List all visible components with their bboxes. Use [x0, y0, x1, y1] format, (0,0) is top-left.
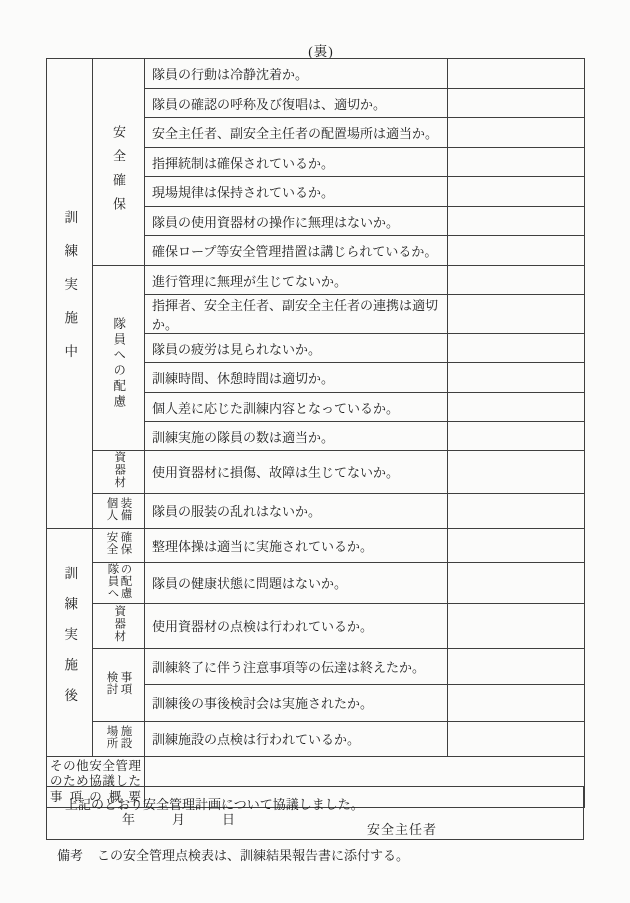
question-text: 訓練施設の点検は行われているか。: [145, 721, 448, 756]
table-row: 場所 施設 訓練施設の点検は行われているか。: [47, 721, 585, 756]
check-cell: [448, 451, 585, 494]
agreement-date-line: 年 月 日: [122, 809, 235, 828]
check-cell: [448, 207, 585, 236]
question-text: 使用資器材に損傷、故障は生じてないか。: [145, 451, 448, 494]
check-cell: [448, 562, 585, 603]
check-cell: [448, 363, 585, 393]
table-row: 個人 装備 隊員の服装の乱れはないか。: [47, 493, 585, 528]
table-row: 隊員への配慮 進行管理に無理が生じてないか。: [47, 266, 585, 295]
question-text: 隊員の行動は冷静沈着か。: [145, 59, 448, 89]
check-cell: [448, 236, 585, 266]
date-year-label: 年: [122, 809, 135, 828]
check-cell: [448, 422, 585, 451]
check-cell: [448, 493, 585, 528]
question-text: 現場規律は保持されているか。: [145, 177, 448, 207]
question-text: 訓練実施の隊員の数は適当か。: [145, 422, 448, 451]
agreement-box: 上記のとおり安全管理計画について協議しました。 年 月 日 安全主任者: [46, 786, 584, 840]
check-cell: [448, 393, 585, 422]
check-cell: [448, 177, 585, 207]
table-row: 資器材 使用資器材の点検は行われているか。: [47, 603, 585, 648]
other-matters-line: その他安全管理: [50, 759, 141, 775]
question-text: 整理体操は適当に実施されているか。: [145, 528, 448, 562]
question-text: 隊員の健康状態に問題はないか。: [145, 562, 448, 603]
signer-title-label: 安全主任者: [367, 819, 437, 838]
table-row: 隊員へ の配慮 隊員の健康状態に問題はないか。: [47, 562, 585, 603]
group-header-member-consideration: 隊員への配慮: [93, 266, 145, 451]
question-text: 指揮者、安全主任者、副安全主任者の連携は適切か。: [145, 295, 448, 334]
phase-header-during-training: 訓練実施中: [47, 59, 93, 529]
check-cell: [448, 59, 585, 89]
question-text: 隊員の確認の呼称及び復唱は、適切か。: [145, 89, 448, 118]
group-header-label: 資器材: [113, 605, 125, 643]
question-text: 進行管理に無理が生じてないか。: [145, 266, 448, 295]
group-header-safety-securing: 安全確保: [93, 59, 145, 266]
group-header-label: 資器材: [113, 451, 125, 489]
date-month-label: 月: [172, 809, 185, 828]
remarks-text: この安全管理点検表は、訓練結果報告書に添付する。: [97, 848, 409, 863]
question-text: 個人差に応じた訓練内容となっているか。: [145, 393, 448, 422]
group-header-label: 安全確保: [112, 125, 125, 221]
check-cell: [448, 266, 585, 295]
page-side-label: (裏): [0, 40, 630, 60]
group-header-label: 隊員への配慮: [112, 317, 125, 410]
phase-header-after-training: 訓練実施後: [47, 528, 93, 756]
check-cell: [448, 334, 585, 363]
safety-checklist-table: 訓練実施中 安全確保 隊員の行動は冷静沈着か。 隊員の確認の呼称及び復唱は、適切…: [46, 58, 585, 808]
group-header-personal-gear: 個人 装備: [93, 493, 145, 528]
group-header-label: 検討 事項: [105, 671, 133, 695]
question-text: 訓練時間、休憩時間は適切か。: [145, 363, 448, 393]
question-text: 隊員の疲労は見られないか。: [145, 334, 448, 363]
check-cell: [448, 603, 585, 648]
group-header-label: 個人 装備: [105, 497, 133, 521]
check-cell: [448, 295, 585, 334]
check-cell: [448, 89, 585, 118]
question-text: 安全主任者、副安全主任者の配置場所は適当か。: [145, 118, 448, 148]
table-row: 検討 事項 訓練終了に伴う注意事項等の伝達は終えたか。: [47, 648, 585, 684]
question-text: 訓練後の事後検討会は実施されたか。: [145, 684, 448, 721]
check-cell: [448, 148, 585, 177]
remarks-label: 備考: [57, 848, 83, 863]
group-header-label: 安全 確保: [105, 531, 133, 555]
question-text: 隊員の服装の乱れはないか。: [145, 493, 448, 528]
group-header-label: 隊員へ の配慮: [106, 563, 132, 599]
remarks-line: 備考この安全管理点検表は、訓練結果報告書に添付する。: [57, 845, 409, 864]
group-header-training-site: 場所 施設: [93, 721, 145, 756]
table-row: 訓練実施中 安全確保 隊員の行動は冷静沈着か。: [47, 59, 585, 89]
check-cell: [448, 721, 585, 756]
group-header-safety-securing-after: 安全 確保: [93, 528, 145, 562]
question-text: 隊員の使用資器材の操作に無理はないか。: [145, 207, 448, 236]
check-cell: [448, 648, 585, 684]
table-row: 資器材 使用資器材に損傷、故障は生じてないか。: [47, 451, 585, 494]
table-row: 訓練実施後 安全 確保 整理体操は適当に実施されているか。: [47, 528, 585, 562]
check-cell: [448, 528, 585, 562]
group-header-label: 場所 施設: [105, 725, 133, 749]
phase-header-label: 訓練実施後: [63, 562, 77, 719]
question-text: 訓練終了に伴う注意事項等の伝達は終えたか。: [145, 648, 448, 684]
group-header-review-items: 検討 事項: [93, 648, 145, 721]
question-text: 指揮統制は確保されているか。: [145, 148, 448, 177]
group-header-equipment: 資器材: [93, 451, 145, 494]
check-cell: [448, 118, 585, 148]
group-header-member-consideration-after: 隊員へ の配慮: [93, 562, 145, 603]
phase-header-label: 訓練実施中: [63, 206, 77, 378]
question-text: 確保ロープ等安全管理措置は講じられているか。: [145, 236, 448, 266]
group-header-equipment-after: 資器材: [93, 603, 145, 648]
form-sheet: (裏) 訓練実施中 安全確保 隊員の行動は冷静沈着か。 隊員の確認の呼称及び復唱…: [0, 0, 630, 903]
question-text: 使用資器材の点検は行われているか。: [145, 603, 448, 648]
date-day-label: 日: [222, 809, 235, 828]
check-cell: [448, 684, 585, 721]
